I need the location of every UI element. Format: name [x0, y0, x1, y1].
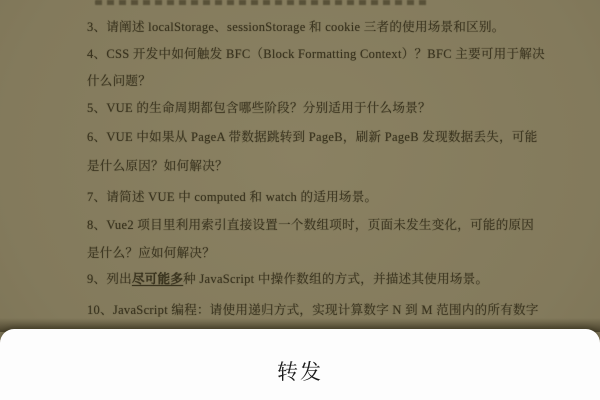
question-6-line1: 6、VUE 中如果从 PageA 带数据跳转到 PageB，刷新 PageB 发…	[87, 130, 532, 145]
question-4-line1: 4、CSS 开发中如何触发 BFC（Block Formatting Conte…	[87, 47, 532, 62]
question-10: 10、JavaScript 编程：请使用递归方式，实现计算数字 N 到 M 范围…	[87, 303, 532, 318]
question-9-suffix: 种 JavaScript 中操作数组的方式，并描述其使用场景。	[183, 272, 488, 286]
question-6-line2: 是什么原因？如何解决？	[87, 159, 532, 174]
cropped-text-line	[95, 0, 430, 5]
question-8-line1: 8、Vue2 项目里利用索引直接设置一个数组项时，页面未发生变化，可能的原因	[87, 218, 532, 233]
screen: 3、请阐述 localStorage、sessionStorage 和 cook…	[0, 0, 600, 400]
question-9: 9、列出尽可能多种 JavaScript 中操作数组的方式，并描述其使用场景。	[87, 272, 532, 287]
question-8-line2: 是什么？应如何解决？	[87, 246, 532, 261]
forward-button[interactable]: 转发	[277, 356, 323, 386]
action-sheet: 转发	[0, 329, 600, 400]
question-4-line2: 什么问题？	[87, 74, 532, 89]
document-photo: 3、请阐述 localStorage、sessionStorage 和 cook…	[0, 0, 600, 329]
question-7: 7、请简述 VUE 中 computed 和 watch 的适用场景。	[87, 190, 532, 205]
question-3: 3、请阐述 localStorage、sessionStorage 和 cook…	[87, 20, 532, 35]
question-9-prefix: 9、列出	[87, 272, 132, 286]
question-9-emphasis: 尽可能多	[132, 272, 183, 286]
question-5: 5、VUE 的生命周期都包含哪些阶段？分别适用于什么场景？	[87, 101, 532, 116]
